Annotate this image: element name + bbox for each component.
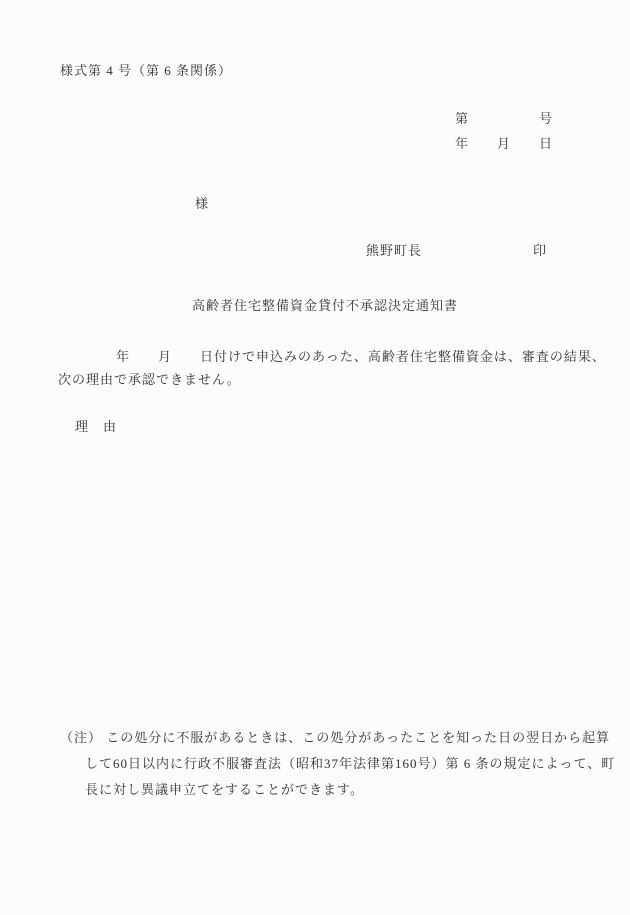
body-line-2: 次の理由で承認できません。	[58, 372, 241, 388]
mayor-name: 熊野町長	[366, 243, 422, 259]
body-line-1: 年 月 日付けで申込みのあった、高齢者住宅整備資金は、審査の結果、	[60, 349, 606, 365]
reason-label: 理 由	[75, 419, 117, 435]
note-line-3: 長に対し異議申立てをすることができます。	[85, 782, 364, 798]
document-number-line: 第 号	[455, 111, 553, 127]
note-line-2: して60日以内に行政不服審査法（昭和37年法律第160号）第 6 条の規定によっ…	[85, 756, 615, 772]
seal-mark: 印	[533, 243, 547, 259]
document-title: 高齢者住宅整備資金貸付不承認決定通知書	[60, 298, 590, 314]
addressee-honorific: 様	[195, 196, 209, 212]
note-line-1: （注） この処分に不服があるときは、この処分があったことを知った日の翌日から起算	[60, 730, 610, 746]
date-line: 年 月 日	[455, 136, 553, 152]
form-number: 様式第 4 号（第 6 条関係）	[60, 63, 232, 79]
document-page: 様式第 4 号（第 6 条関係） 第 号 年 月 日 様 熊野町長 印 高齢者住…	[0, 0, 630, 915]
